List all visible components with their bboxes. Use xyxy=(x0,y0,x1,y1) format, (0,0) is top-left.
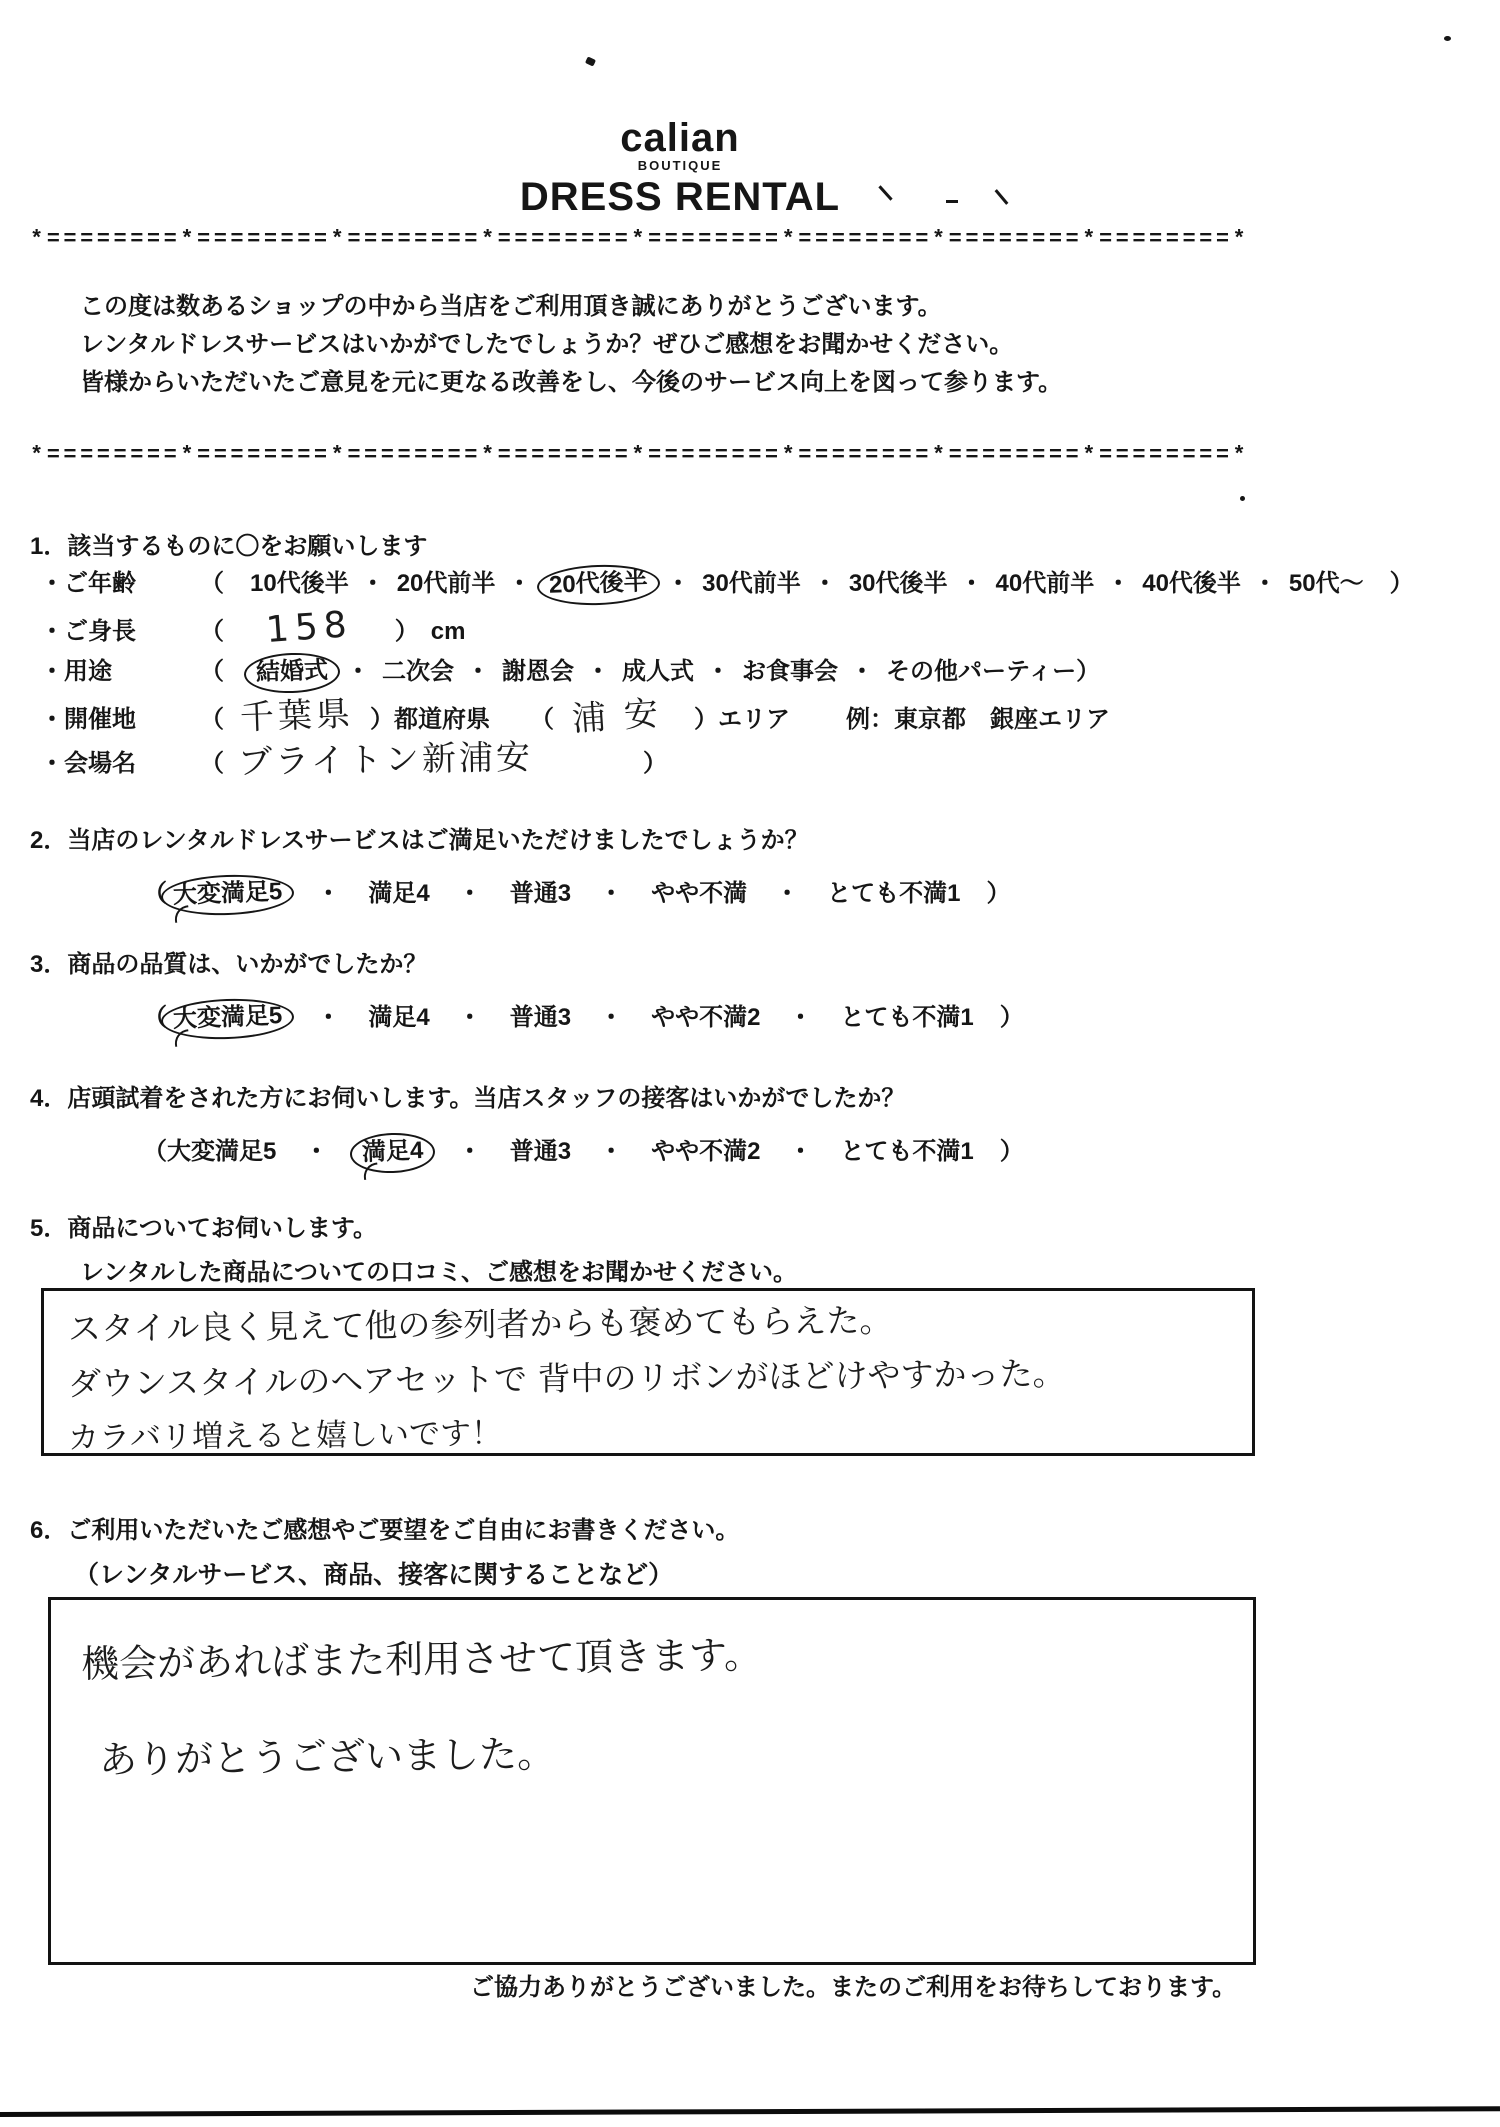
intro-line-3: 皆様からいただいたご意見を元に更なる改善をし、今後のサービス向上を図って参ります… xyxy=(80,364,1500,402)
bullet: ・ xyxy=(316,1004,340,1031)
intro-line-1: この度は数あるショップの中から当店をご利用頂き誠にありがとうございます。 xyxy=(80,288,1500,326)
question-4-title: 4．店頭試着をされた方にお伺いします。当店スタッフの接客はいかがでしたか？ xyxy=(30,1084,1500,1114)
q2-options-row: （大変満足5・満足4・普通3・やや不満・とても不満1） xyxy=(143,872,1500,916)
close-paren: ） xyxy=(395,618,419,645)
q2-selected-circle: 大変満足5 xyxy=(160,873,295,918)
scan-artifact-pen-tick xyxy=(946,200,958,203)
bullet: ・ xyxy=(788,1004,812,1031)
open-paren: （ xyxy=(530,706,554,733)
bullet: ・ xyxy=(960,570,984,597)
header: calian BOUTIQUE DRESS RENTAL xyxy=(30,118,1330,218)
bullet: ・ xyxy=(458,1004,482,1031)
scan-artifact-bottom-line xyxy=(0,2106,1500,2117)
rating-option: 大変満足5 xyxy=(173,1002,283,1033)
bullet: ・ xyxy=(775,880,799,907)
q1-height-row: ・ご身長（158）cm xyxy=(40,606,1500,650)
close-paren: ） xyxy=(370,706,394,733)
question-5-title: 5．商品についてお伺いします。 xyxy=(30,1214,1500,1244)
q1-age-row: ・ご年齢（10代後半・20代前半・20代後半・30代前半・30代後半・40代前半… xyxy=(40,562,1500,606)
close-paren: ） xyxy=(1076,658,1100,685)
q6-handwritten-line-2: ありがとうございました。 xyxy=(99,1716,1254,1788)
q1-venue-row: ・会場名（ブライトン新浦安） xyxy=(40,738,1500,782)
q4-options-row: （大変満足5・満足4・普通3・やや不満2・とても不満1） xyxy=(143,1130,1500,1174)
age-option: 50代～ xyxy=(1289,570,1364,597)
bullet: ・ xyxy=(1253,570,1277,597)
bullet: ・ xyxy=(599,1138,623,1165)
separator-line-bottom: *========*========*========*========*===… xyxy=(30,444,1370,468)
usage-option: 成人式 xyxy=(622,658,694,685)
footer-thanks-note: ご協力ありがとうございました。またのご利用をお待ちしております。 xyxy=(470,1973,1500,2003)
intro-line-2: レンタルドレスサービスはいかがでしたでしょうか？ぜひご感想をお聞かせください。 xyxy=(80,326,1500,364)
q1-location-label: ・開催地 xyxy=(40,698,200,742)
bullet: ・ xyxy=(316,880,340,907)
close-paren: ） xyxy=(1390,570,1414,597)
usage-option: 結婚式 xyxy=(255,657,328,686)
bullet: ・ xyxy=(458,1138,482,1165)
rating-option: やや不満2 xyxy=(651,1004,760,1031)
q1-venue-label: ・会場名 xyxy=(40,742,200,786)
q1-height-label: ・ご身長 xyxy=(40,610,200,654)
age-option: 30代前半 xyxy=(702,570,801,597)
rating-option: 普通3 xyxy=(510,880,571,907)
question-2-title: 2．当店のレンタルドレスサービスはご満足いただけましたでしょうか？ xyxy=(30,826,1500,856)
bullet: ・ xyxy=(599,1004,623,1031)
q5-handwritten-line-3: カラバリ増えると嬉しいです！ xyxy=(68,1399,1253,1466)
question-3-title: 3．商品の品質は、いかがでしたか？ xyxy=(30,950,1500,980)
bullet: ・ xyxy=(586,658,610,685)
scan-artifact-dot xyxy=(1444,36,1451,41)
rating-option: 大変満足5 xyxy=(173,878,283,909)
handwritten-height-value: 158 xyxy=(265,603,355,653)
height-unit: cm xyxy=(431,618,466,645)
open-paren: （ xyxy=(200,658,224,685)
bullet: ・ xyxy=(666,570,690,597)
close-paren: ） xyxy=(694,706,718,733)
q1-usage-row: ・用途（結婚式・二次会・謝恩会・成人式・お食事会・その他パーティー） xyxy=(40,650,1500,694)
handwritten-prefecture: 千葉県 xyxy=(239,692,354,740)
open-paren: （ xyxy=(200,618,224,645)
bullet: ・ xyxy=(599,880,623,907)
bullet: ・ xyxy=(507,570,531,597)
q6-handwritten-line-1: 機会があればまた利用させて頂きます。 xyxy=(81,1620,1254,1692)
bullet: ・ xyxy=(706,658,730,685)
question-6-subtitle: （レンタルサービス、商品、接客に関することなど） xyxy=(74,1560,1500,1590)
q3-selected-circle: 大変満足5 xyxy=(160,997,295,1042)
age-option: 40代後半 xyxy=(1142,570,1241,597)
rating-option: 普通3 xyxy=(510,1138,571,1165)
age-option: 20代前半 xyxy=(397,570,496,597)
close-paren: ） xyxy=(643,750,667,777)
q5-answer-box: スタイル良く見えて他の参列者からも褒めてもらえた。 ダウンスタイルのヘアセットで… xyxy=(41,1288,1255,1456)
bullet: ・ xyxy=(813,570,837,597)
open-paren: （ xyxy=(143,1138,167,1165)
age-option: 30代後半 xyxy=(849,570,948,597)
scan-artifact-mark xyxy=(585,56,596,66)
rating-option: とても不満1 xyxy=(840,1138,973,1165)
bullet: ・ xyxy=(788,1138,812,1165)
bullet: ・ xyxy=(458,880,482,907)
scan-artifact-dot xyxy=(1240,496,1245,501)
survey-form-page: calian BOUTIQUE DRESS RENTAL *========*=… xyxy=(0,0,1500,2127)
age-option: 20代後半 xyxy=(549,568,649,598)
bullet: ・ xyxy=(304,1138,328,1165)
rating-option: 普通3 xyxy=(510,1004,571,1031)
close-paren: ） xyxy=(986,880,1010,907)
question-5-subtitle: レンタルした商品についての口コミ、ご感想をお聞かせください。 xyxy=(80,1258,1500,1288)
handwritten-area: 浦安 xyxy=(571,690,678,741)
prefecture-suffix: 都道府県 xyxy=(394,706,490,733)
q1-usage-label: ・用途 xyxy=(40,650,200,694)
q6-answer-box: 機会があればまた利用させて頂きます。 ありがとうございました。 xyxy=(48,1597,1256,1965)
separator-line-top: *========*========*========*========*===… xyxy=(30,228,1370,252)
q3-options-row: （大変満足5・満足4・普通3・やや不満2・とても不満1） xyxy=(143,996,1500,1040)
bullet: ・ xyxy=(361,570,385,597)
brand-subtitle: BOUTIQUE xyxy=(30,159,1330,173)
rating-option: 満足4 xyxy=(368,880,429,907)
intro-paragraph: この度は数あるショップの中から当店をご利用頂き誠にありがとうございます。 レンタ… xyxy=(80,288,1500,402)
open-paren: （ xyxy=(200,750,224,777)
area-suffix: エリア xyxy=(718,706,790,733)
bullet: ・ xyxy=(466,658,490,685)
rating-option: とても不満1 xyxy=(840,1004,973,1031)
rating-option: とても不満1 xyxy=(827,880,960,907)
rating-option: やや不満 xyxy=(651,880,747,907)
close-paren: ） xyxy=(1000,1004,1024,1031)
open-paren: （ xyxy=(200,706,224,733)
q1-location-row: ・開催地（千葉県）都道府県（浦安）エリア例：東京都 銀座エリア xyxy=(40,694,1500,738)
bullet: ・ xyxy=(850,658,874,685)
handwritten-venue: ブライトン新浦安 xyxy=(238,735,534,784)
usage-option: 謝恩会 xyxy=(502,658,574,685)
q1-age-selected-circle: 20代後半 xyxy=(537,563,661,607)
rating-option: 満足4 xyxy=(362,1137,424,1166)
open-paren: （ xyxy=(200,570,224,597)
rating-option: 満足4 xyxy=(368,1004,429,1031)
rating-option: 大変満足5 xyxy=(167,1138,276,1165)
q4-selected-circle: 満足4 xyxy=(350,1132,437,1175)
location-example: 例：東京都 銀座エリア xyxy=(846,706,1110,733)
bullet: ・ xyxy=(1106,570,1130,597)
brand-logo: calian xyxy=(30,118,1330,158)
age-option: 40代前半 xyxy=(996,570,1095,597)
rating-option: やや不満2 xyxy=(651,1138,760,1165)
form-title: DRESS RENTAL xyxy=(30,176,1330,218)
question-6-title: 6．ご利用いただいたご感想やご要望をご自由にお書きください。 xyxy=(30,1516,1500,1546)
close-paren: ） xyxy=(1000,1138,1024,1165)
q1-usage-selected-circle: 結婚式 xyxy=(243,651,340,694)
usage-option: その他パーティー xyxy=(886,658,1076,685)
usage-option: お食事会 xyxy=(742,658,838,685)
question-1-title: 1．該当するものに〇をお願いします xyxy=(30,532,1500,562)
age-option: 10代後半 xyxy=(250,570,349,597)
q1-age-label: ・ご年齢 xyxy=(40,562,200,606)
bullet: ・ xyxy=(346,658,370,685)
usage-option: 二次会 xyxy=(382,658,454,685)
